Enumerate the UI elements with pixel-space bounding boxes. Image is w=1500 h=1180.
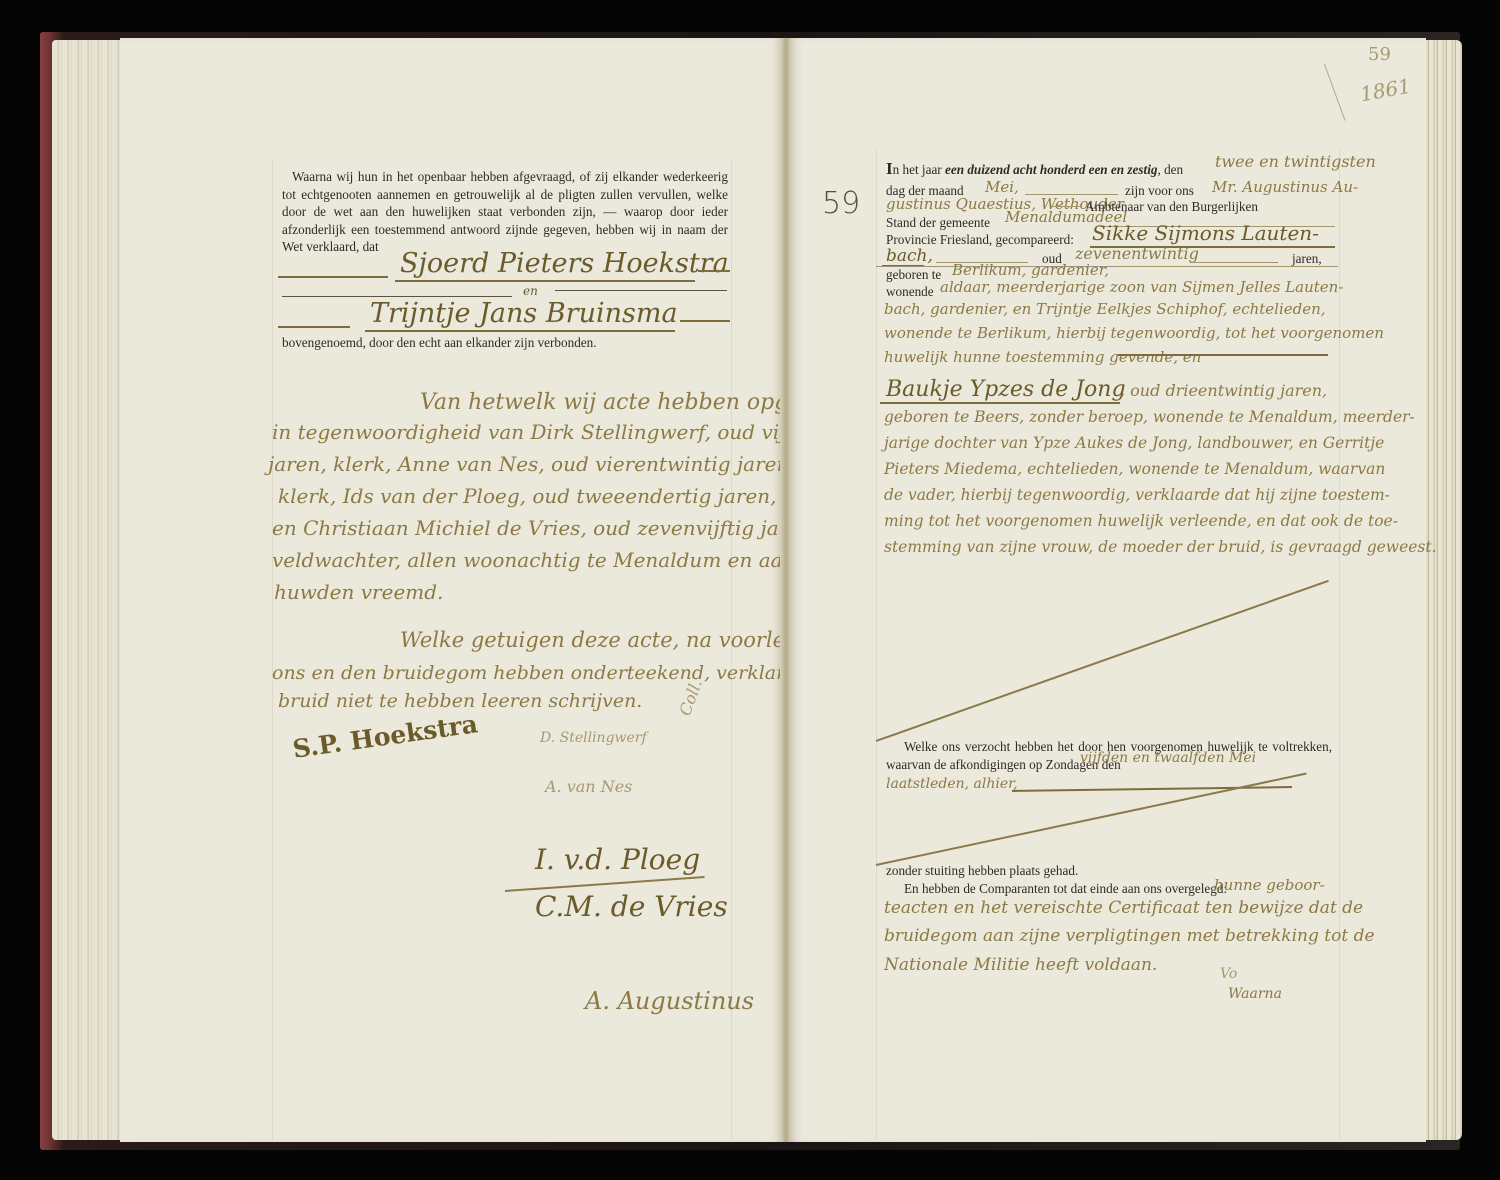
fill-line (1118, 354, 1328, 356)
groom-name: Sjoerd Pieters Hoekstra (400, 248, 729, 279)
print-line (555, 290, 727, 291)
intro-line-1: In het jaar een duizend acht honderd een… (886, 160, 1183, 179)
name-underline (880, 402, 1120, 404)
fill-line (278, 276, 388, 278)
fill-line (1118, 266, 1336, 267)
conjunction: en (523, 284, 538, 298)
label-residing: wonende (886, 283, 934, 301)
documents-printed: En hebben de Comparanten tot dat einde a… (904, 880, 1227, 898)
bride-name-right: Baukje Ypzes de Jong (886, 377, 1126, 402)
groom-name-right: Sikke Sijmons Lauten- (1092, 221, 1319, 245)
fill-line (680, 320, 730, 322)
month-value: Mei, (985, 178, 1019, 196)
signature-witness-1: D. Stellingwerf (540, 730, 647, 746)
label-municipality: Stand der gemeente (886, 214, 990, 232)
official-value: Mr. Augustinus Au- (1212, 178, 1358, 196)
fill-line (278, 326, 350, 328)
banns-dates-value: vijfden en twaalfden Mei (1080, 750, 1256, 766)
label-years: jaren, (1292, 250, 1322, 268)
label-born-in: geboren te (886, 266, 941, 284)
no-objection-text: zonder stuiting hebben plaats gehad. (886, 862, 1078, 880)
year-printed: een duizend acht honderd een en zestig (945, 162, 1157, 177)
label-before-us: zijn voor ons (1125, 182, 1194, 200)
day-value: twee en twintigsten (1215, 152, 1376, 171)
margin-record-number: 59 (822, 186, 860, 221)
printed-closing: bovengenoemd, door den echt aan elkander… (282, 334, 728, 352)
print-line (282, 296, 512, 297)
groom-residence-value: aldaar, meerderjarige zoon van Sijmen Je… (940, 278, 1343, 296)
signature-witness-4: C.M. de Vries (535, 890, 728, 923)
catchword-prefix: Vo (1220, 966, 1237, 982)
printed-intro: Waarna wij hun in het openbaar hebben af… (282, 168, 728, 256)
signature-witness-2: A. van Nes (545, 777, 632, 796)
right-page-stack (1420, 40, 1462, 1140)
fill-line (1052, 206, 1080, 207)
name-underline (365, 330, 675, 332)
fill-line (698, 270, 730, 272)
fill-line (1190, 262, 1278, 263)
folio-number: 59 (1368, 44, 1391, 65)
groom-birthplace-value: Berlikum, gardenier, (952, 261, 1109, 279)
signature-witness-3: I. v.d. Ploeg (535, 843, 700, 876)
bride-name: Trijntje Jans Bruinsma (370, 298, 678, 329)
groom-name-cont: bach, (886, 246, 933, 266)
drop-cap: I (886, 159, 893, 178)
banns-cont-value: laatstleden, alhier, (886, 776, 1018, 792)
catchword: Waarna (1228, 986, 1282, 1002)
name-underline (395, 280, 695, 282)
signature-official: A. Augustinus (585, 987, 754, 1015)
